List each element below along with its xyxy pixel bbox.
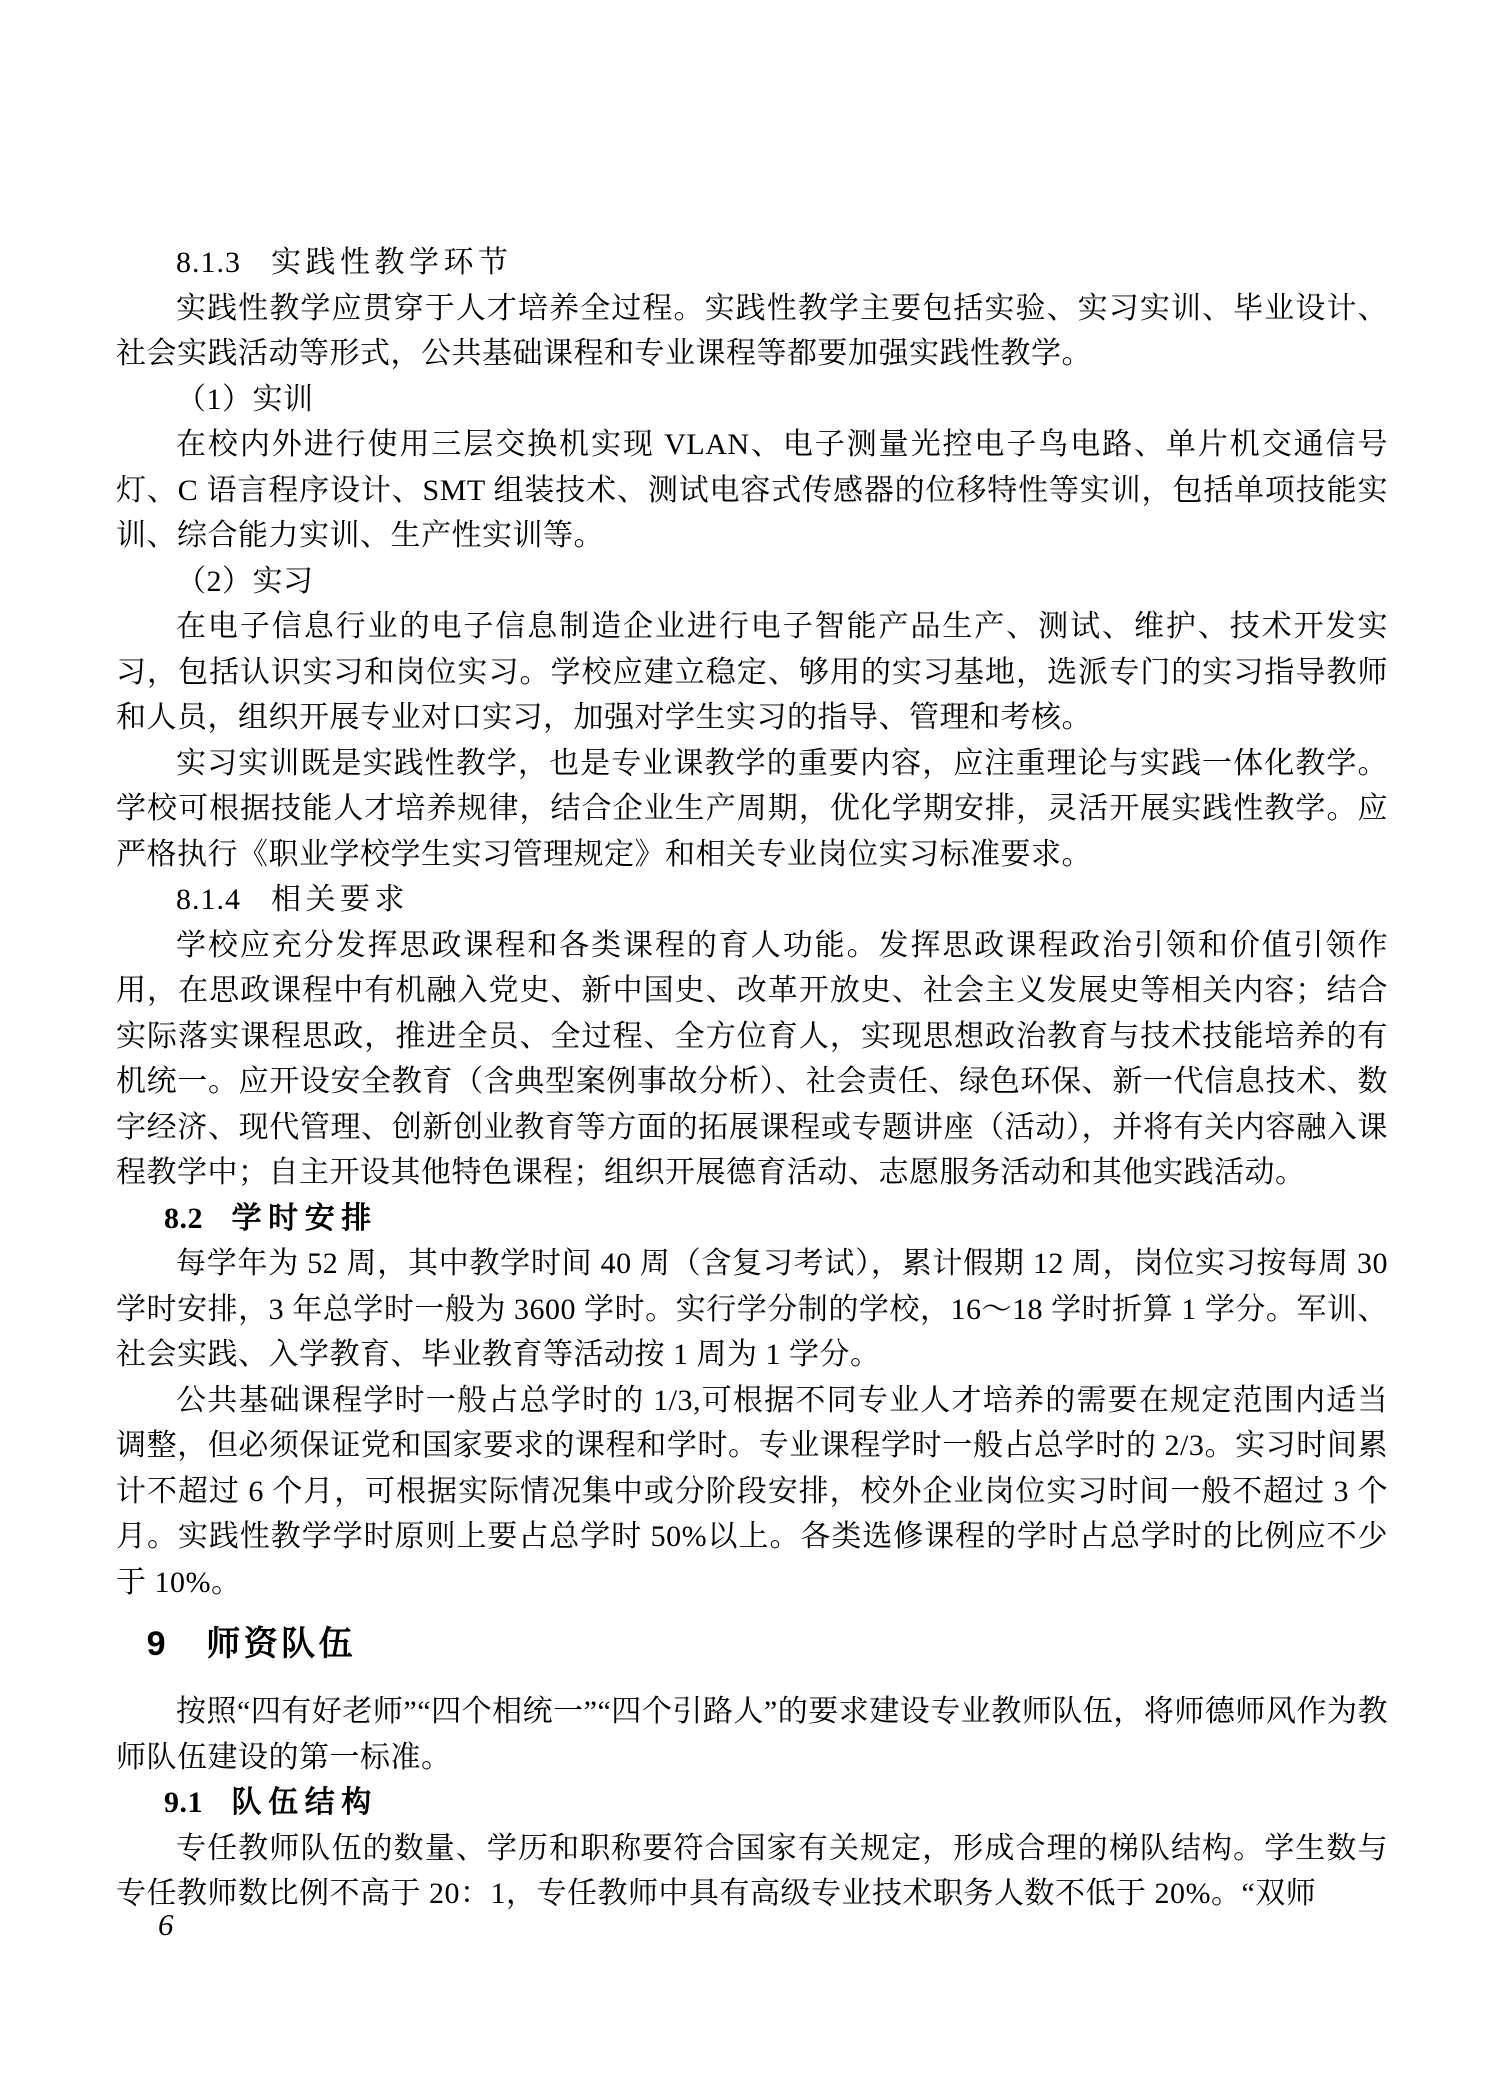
page-number: 6 — [158, 1902, 174, 1947]
section-title: 相关要求 — [271, 883, 409, 916]
paragraph-team-structure: 专任教师队伍的数量、学历和职称要符合国家有关规定，形成合理的梯队结构。学生数与专… — [116, 1826, 1388, 1917]
paragraph-shixi-detail: 在电子信息行业的电子信息制造企业进行电子智能产品生产、测试、维护、技术开发实习，… — [116, 604, 1388, 741]
paragraph-shixun-detail: 在校内外进行使用三层交换机实现 VLAN、电子测量光控电子鸟电路、单片机交通信号… — [116, 422, 1388, 559]
document-body: 8.1.3实践性教学环节 实践性教学应贯穿于人才培养全过程。实践性教学主要包括实… — [116, 240, 1388, 1917]
section-title: 队伍结构 — [232, 1786, 378, 1819]
section-heading-8-2: 8.2学时安排 — [116, 1196, 1388, 1242]
section-title: 实践性教学环节 — [271, 246, 513, 279]
list-item-1-shixun: （1）实训 — [116, 377, 1388, 423]
paragraph-practical-teaching-intro: 实践性教学应贯穿于人才培养全过程。实践性教学主要包括实验、实习实训、毕业设计、社… — [116, 286, 1388, 377]
list-item-2-shixi: （2）实习 — [116, 559, 1388, 605]
section-heading-9-1: 9.1队伍结构 — [116, 1780, 1388, 1826]
section-number: 9.1 — [164, 1786, 203, 1819]
chapter-number: 9 — [147, 1625, 169, 1663]
section-number: 8.2 — [164, 1202, 203, 1235]
section-title: 学时安排 — [232, 1202, 378, 1235]
paragraph-sizheng-requirements: 学校应充分发挥思政课程和各类课程的育人功能。发挥思政课程政治引领和价值引领作用，… — [116, 923, 1388, 1196]
section-heading-8-1-3: 8.1.3实践性教学环节 — [116, 240, 1388, 286]
chapter-title: 师资队伍 — [206, 1625, 356, 1663]
chapter-heading-9: 9师资队伍 — [116, 1615, 1388, 1673]
section-number: 8.1.3 — [176, 246, 241, 279]
paragraph-teacher-team-principle: 按照“四有好老师”“四个相统一”“四个引路人”的要求建设专业教师队伍，将师德师风… — [116, 1689, 1388, 1780]
section-heading-8-1-4: 8.1.4相关要求 — [116, 877, 1388, 923]
paragraph-school-year-hours: 每学年为 52 周，其中教学时间 40 周（含复习考试），累计假期 12 周，岗… — [116, 1241, 1388, 1378]
paragraph-shixi-shixun-requirement: 实习实训既是实践性教学，也是专业课教学的重要内容，应注重理论与实践一体化教学。学… — [116, 741, 1388, 878]
paragraph-course-hour-ratios: 公共基础课程学时一般占总学时的 1/3,可根据不同专业人才培养的需要在规定范围内… — [116, 1378, 1388, 1606]
document-page: 8.1.3实践性教学环节 实践性教学应贯穿于人才培养全过程。实践性教学主要包括实… — [0, 0, 1503, 2094]
section-number: 8.1.4 — [176, 883, 241, 916]
